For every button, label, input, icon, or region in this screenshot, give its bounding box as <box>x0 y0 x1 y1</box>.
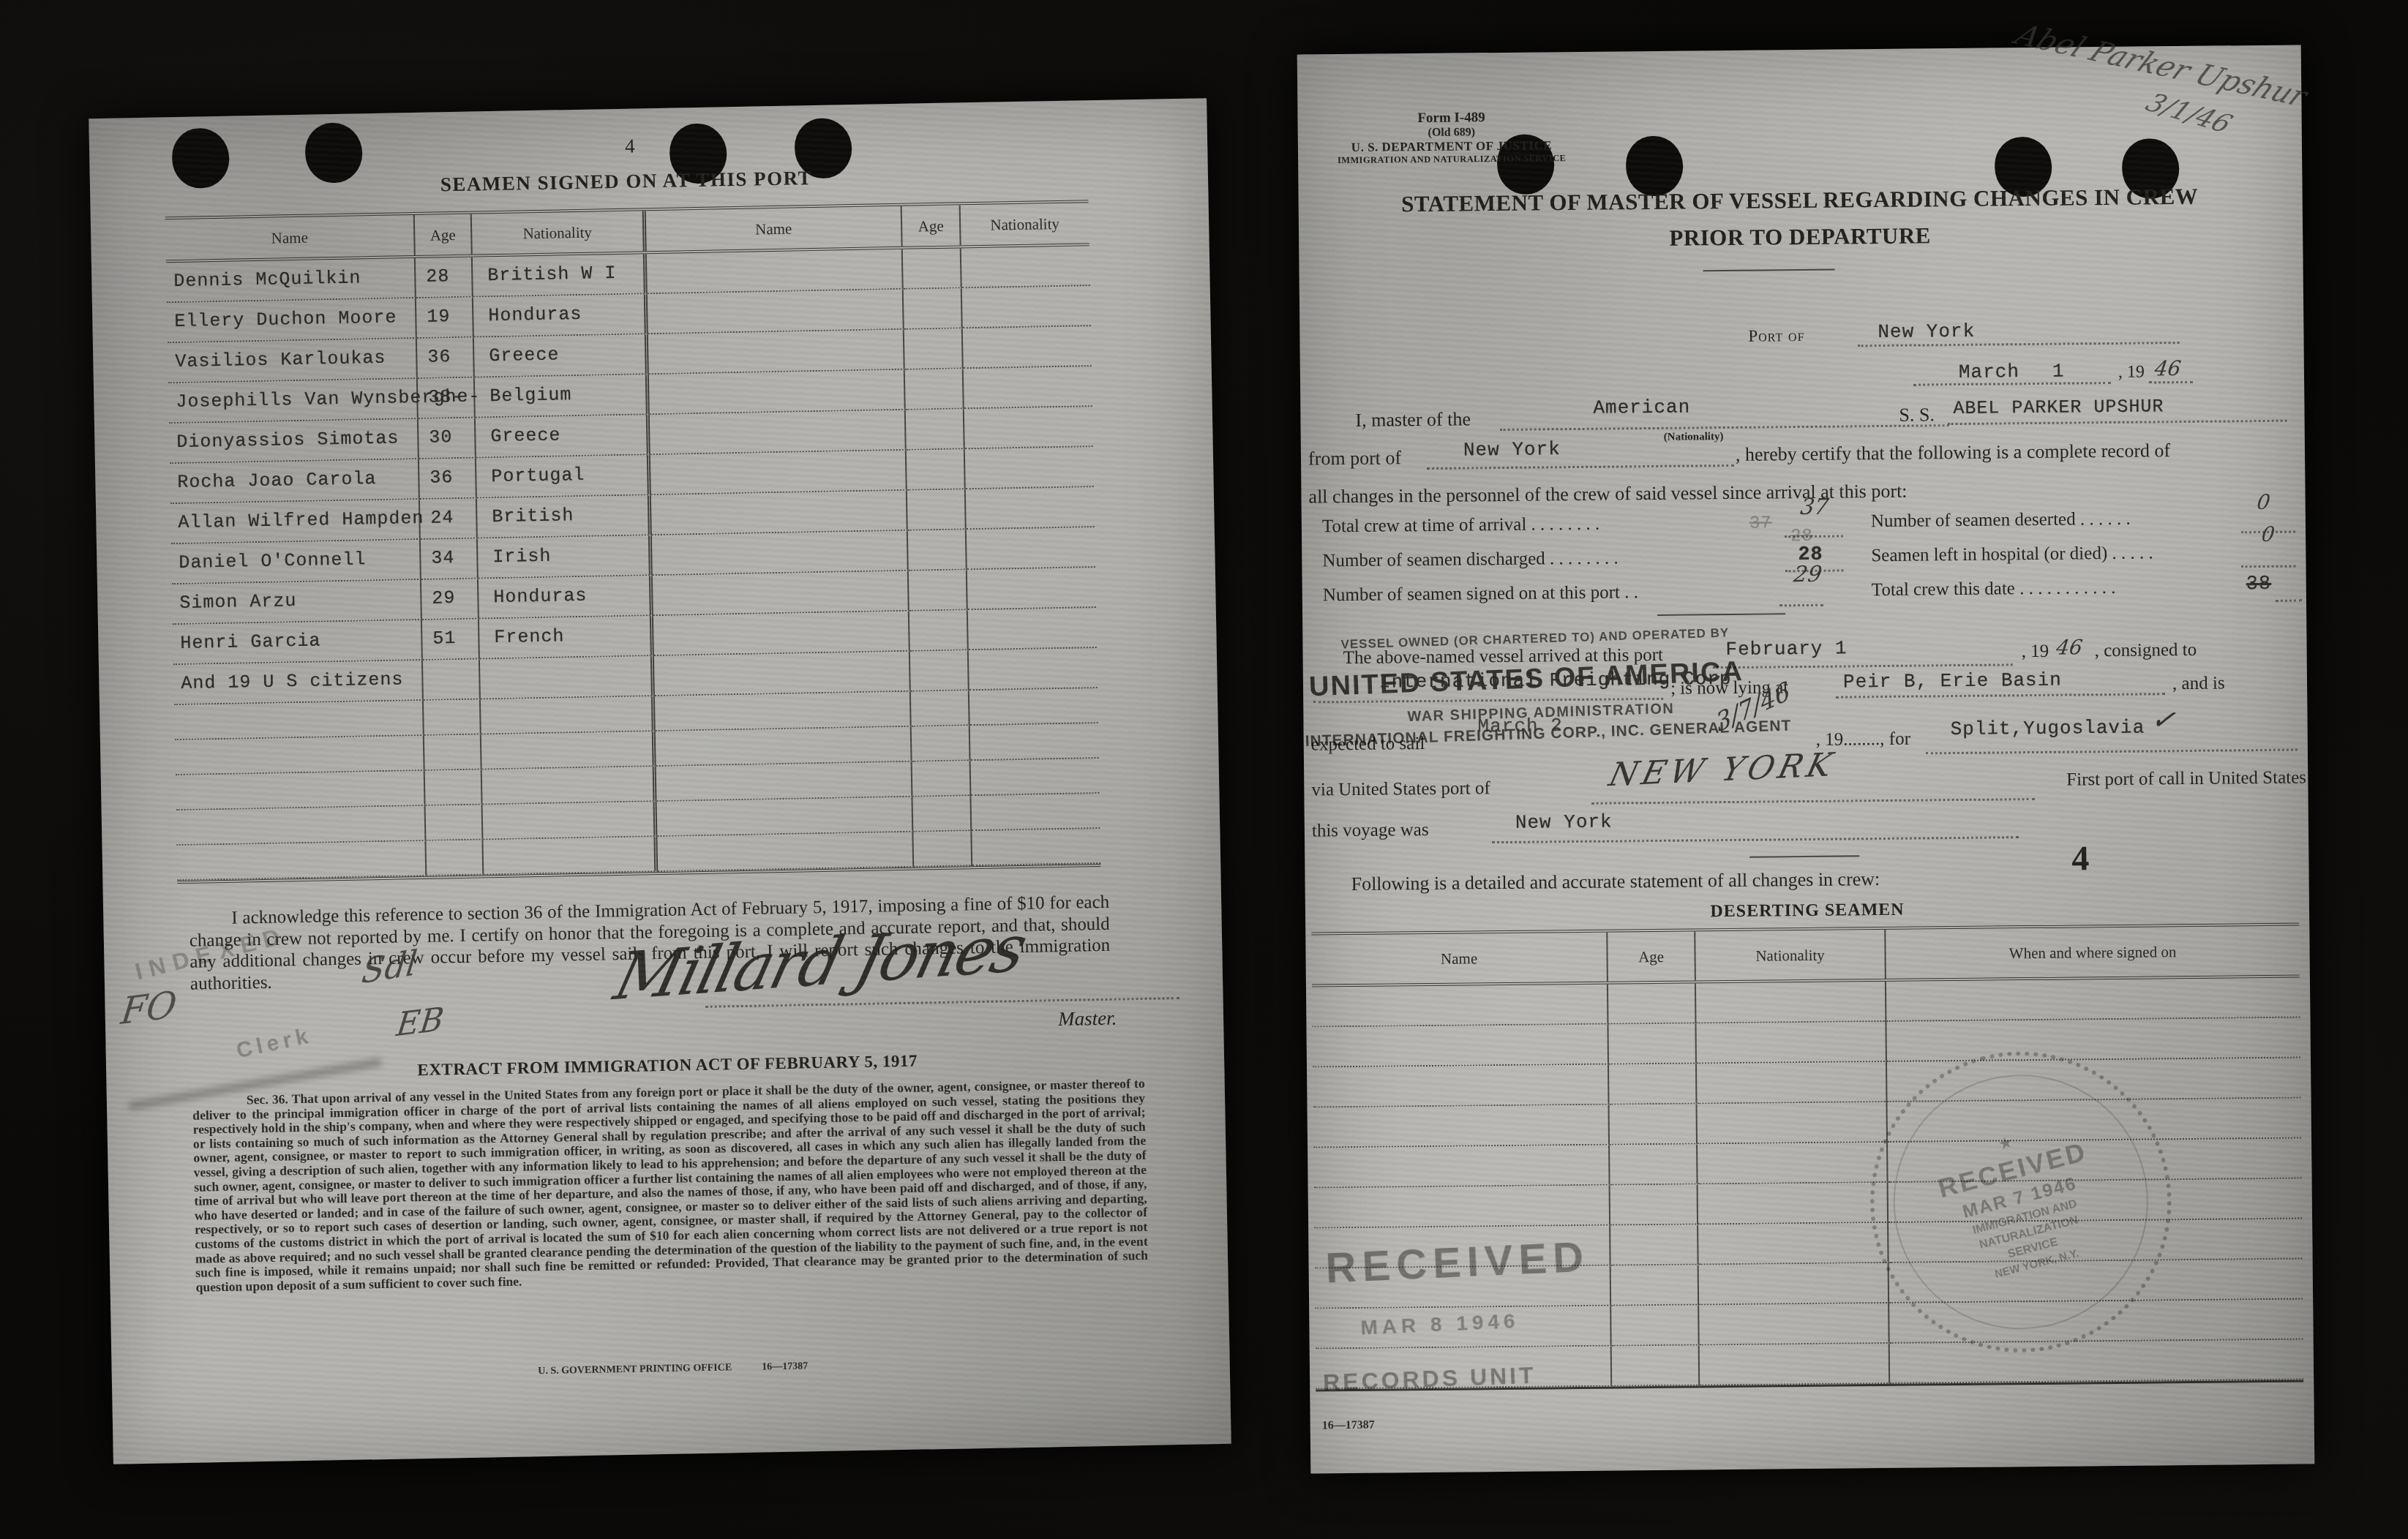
table-cell <box>1886 978 2300 1022</box>
table-cell <box>962 286 1091 328</box>
stat-hospital-label: Seamen left in hospital (or died) . . . … <box>1871 543 2153 566</box>
stat-total-label: Total crew this date . . . . . . . . . .… <box>1872 578 2116 601</box>
table-cell: Dionyassios Simotas <box>169 419 419 464</box>
table-cell <box>654 652 911 696</box>
punch-hole <box>1626 136 1684 197</box>
table-cell <box>655 692 912 731</box>
stat-arrival-label: Total crew at time of arrival . . . . . … <box>1322 514 1600 538</box>
stat-deserted-label: Number of seamen deserted . . . . . . <box>1871 509 2131 532</box>
clerk-stamp: Clerk <box>234 1023 315 1064</box>
stat-signed-value: 29 <box>1792 562 1823 587</box>
table-cell: Belgium <box>475 375 650 418</box>
table-cell <box>1611 1265 1700 1306</box>
master-prefix: I, master of the <box>1355 408 1471 432</box>
table-cell <box>907 449 966 490</box>
table-cell <box>1698 1143 1888 1184</box>
via-label: via United States port of <box>1311 778 1490 800</box>
arrived-line <box>1713 663 2013 669</box>
table-cell <box>481 731 656 769</box>
from-port-value: New York <box>1463 438 1561 461</box>
stat-deserted-value: 0 <box>2255 490 2271 514</box>
table-cell <box>964 366 1092 409</box>
table-cell <box>176 771 426 810</box>
table-cell <box>426 805 484 840</box>
table-cell <box>968 608 1097 650</box>
table-cell <box>961 246 1090 288</box>
table-cell: Allan Wilfred Hampden <box>170 500 421 544</box>
table-cell: British W I <box>473 254 648 297</box>
table-cell: Honduras <box>473 294 648 337</box>
ss-label: S. S. <box>1899 404 1935 426</box>
destination-check: ✓ <box>2149 701 2178 738</box>
form-title-line2: PRIOR TO DEPARTURE <box>1321 219 2279 255</box>
via-value: NEW YORK <box>1605 746 1840 794</box>
table-cell <box>971 759 1100 796</box>
table-cell <box>967 568 1096 610</box>
table-cell <box>913 831 972 867</box>
table-cell <box>1698 1102 1888 1144</box>
column-header: Age <box>1608 931 1696 981</box>
table-cell <box>174 701 424 740</box>
deserting-seamen-title: DESERTING SEAMEN <box>1305 896 2309 925</box>
stat-discharged-label: Number of seamen discharged . . . . . . … <box>1322 548 1619 571</box>
table-cell <box>910 650 969 691</box>
table-cell: 36 <box>417 338 475 379</box>
table-cell <box>1610 1104 1698 1145</box>
printer-footer: U. S. GOVERNMENT PRINTING OFFICE 16—1738… <box>198 1355 1149 1384</box>
table-cell <box>1696 982 1887 1023</box>
table-cell <box>911 691 970 726</box>
table-cell <box>1890 1340 2304 1384</box>
table-cell <box>1696 1022 1887 1064</box>
table-cell <box>965 447 1094 489</box>
table-cell: Irish <box>478 535 653 579</box>
table-cell <box>972 829 1100 866</box>
table-cell <box>650 410 907 455</box>
table-cell <box>423 659 481 700</box>
arrived-date-value: February 1 <box>1725 637 1847 661</box>
destination-line <box>1926 749 2298 755</box>
table-cell <box>483 837 658 875</box>
left-table-rows: Dennis McQuilkin28British W IEllery Duch… <box>166 246 1100 884</box>
column-header: Nationality <box>961 203 1089 245</box>
stat-line <box>2241 565 2295 568</box>
table-cell: Josephills Van Wynsberghe- <box>168 379 419 424</box>
table-cell <box>652 531 909 576</box>
column-header: When and where signed on <box>1886 926 2300 979</box>
table-cell: 36 <box>419 459 477 500</box>
column-header: Name <box>646 206 903 251</box>
nationality-value: American <box>1593 396 1690 418</box>
following-text: Following is a detailed and accurate sta… <box>1351 868 1880 895</box>
stat-signed-label: Number of seamen signed on at this port … <box>1323 582 1638 606</box>
column-header: Age <box>902 205 961 246</box>
table-cell: 30 <box>419 418 476 459</box>
nationality-line <box>1500 424 1949 431</box>
table-cell <box>969 648 1098 691</box>
certify-text: , hereby certify that the following is a… <box>1736 440 2170 466</box>
table-cell <box>651 491 908 535</box>
table-cell: 51 <box>422 619 480 660</box>
table-cell: Rocha Joao Carola <box>170 459 420 504</box>
table-cell: Daniel O'Connell <box>171 540 421 584</box>
table-cell: Greece <box>476 415 650 458</box>
table-cell <box>905 369 964 410</box>
table-cell <box>1699 1303 1890 1345</box>
column-header: Name <box>1311 933 1608 985</box>
table-cell <box>1698 1223 1889 1265</box>
lying-value: Peir B, Erie Basin <box>1843 669 2062 693</box>
table-cell <box>1312 985 1609 1028</box>
table-cell <box>425 769 483 805</box>
vessel-line <box>1948 420 2287 425</box>
left-page-title: SEAMEN SIGNED ON AT THIS PORT <box>165 162 1088 201</box>
title-rule <box>1703 269 1835 272</box>
table-cell <box>424 734 482 770</box>
handwritten-initials: EB <box>394 1001 446 1045</box>
table-cell: And 19 U S citizens <box>173 661 424 705</box>
table-cell <box>483 802 658 840</box>
from-port-line <box>1427 464 1734 470</box>
section-rule <box>1749 855 1859 857</box>
table-cell: Honduras <box>479 576 653 619</box>
table-cell <box>909 610 969 651</box>
table-cell: Greece <box>474 334 649 377</box>
table-cell <box>966 487 1095 530</box>
table-cell <box>1313 1065 1610 1108</box>
table-cell <box>1886 1018 2300 1062</box>
stat-line <box>2276 599 2302 601</box>
column-header: Nationality <box>472 211 647 254</box>
form-id-block: Form I-489 (Old 689) U. S. DEPARTMENT OF… <box>1319 109 1583 166</box>
table-cell <box>909 570 968 611</box>
table-cell <box>657 832 914 872</box>
table-cell: 24 <box>420 499 478 540</box>
table-cell: 38- <box>418 378 476 419</box>
table-cell <box>912 796 972 832</box>
table-cell: Simon Arzu <box>172 580 422 625</box>
table-cell <box>904 288 963 329</box>
table-cell: Ellery Duchon Moore <box>167 298 417 343</box>
table-cell: Vasilios Karloukas <box>168 339 418 383</box>
consigned-suffix: , consigned to <box>2094 640 2197 661</box>
table-cell <box>963 326 1092 369</box>
table-cell <box>907 489 967 530</box>
lying-line <box>1836 693 2165 698</box>
table-cell <box>912 761 972 797</box>
date-printed-19: , 19 <box>2118 363 2145 383</box>
table-cell <box>176 806 427 846</box>
arrived-19: , 19 <box>2021 641 2049 662</box>
stat-hospital-value: 0 <box>2260 522 2276 546</box>
table-cell <box>903 248 962 289</box>
stat-arrival-ghost: 37 <box>1749 513 1772 533</box>
table-cell <box>653 612 910 656</box>
table-cell: Dennis McQuilkin <box>166 258 416 303</box>
table-cell <box>480 656 655 699</box>
table-cell: French <box>479 616 654 659</box>
table-cell <box>656 727 912 767</box>
column-header: Name <box>165 215 416 260</box>
lying-suffix: , and is <box>2172 673 2225 694</box>
left-document-page: 4 SEAMEN SIGNED ON AT THIS PORT Name Age… <box>89 98 1231 1464</box>
printer-code: 16—17387 <box>762 1361 808 1372</box>
voyage-value: New York <box>1515 811 1613 834</box>
first-port-text: First port of call in United States <box>2066 767 2306 790</box>
date-month-value: March <box>1959 361 2019 383</box>
table-cell <box>648 290 904 334</box>
table-cell <box>650 451 907 495</box>
date-year-value: 46 <box>2153 356 2183 380</box>
table-cell <box>656 762 913 802</box>
stat-arrival-value: 37 <box>1799 494 1830 520</box>
table-cell: Portugal <box>476 455 651 498</box>
table-cell <box>1610 1224 1699 1265</box>
via-line <box>1591 798 2035 805</box>
table-cell: 34 <box>421 539 479 580</box>
form-title-line1: STATEMENT OF MASTER OF VESSEL REGARDING … <box>1321 183 2279 219</box>
table-cell <box>908 530 967 571</box>
column-header: Age <box>415 214 473 255</box>
table-cell <box>1610 1144 1698 1185</box>
port-of-label: Port of <box>1748 326 1804 346</box>
table-cell <box>904 328 964 369</box>
sail-date-typed: March 2 <box>1477 715 1563 737</box>
table-cell <box>1312 1025 1609 1068</box>
table-cell <box>1314 1186 1611 1229</box>
table-cell <box>964 407 1093 449</box>
voyage-label: this voyage was <box>1312 820 1429 842</box>
page-number: 4 <box>625 135 635 157</box>
extract-body: Sec. 36. That upon arrival of any vessel… <box>192 1077 1149 1295</box>
column-header: Nationality <box>1695 930 1886 980</box>
nationality-caption: (Nationality) <box>1664 431 1724 444</box>
table-cell <box>1610 1184 1699 1225</box>
voyage-line <box>1492 836 2019 843</box>
table-cell <box>426 840 484 876</box>
section-rule <box>1657 613 1785 616</box>
table-cell <box>649 370 906 415</box>
stat-line <box>1779 604 1823 607</box>
right-document-page: Form I-489 (Old 689) U. S. DEPARTMENT OF… <box>1297 45 2315 1473</box>
table-cell: British <box>477 495 652 538</box>
vessel-name-value: ABEL PARKER UPSHUR <box>1953 396 2164 419</box>
signature-role: Master. <box>1058 1007 1117 1031</box>
table-cell <box>912 726 971 761</box>
table-cell: 29 <box>421 579 479 620</box>
arrived-year: 46 <box>2055 635 2084 659</box>
table-cell <box>653 571 909 616</box>
table-cell <box>906 409 965 450</box>
table-cell <box>657 797 914 837</box>
from-port-label: from port of <box>1308 447 1401 470</box>
stat-total-value: 38 <box>2246 573 2272 595</box>
table-cell <box>1612 1345 1700 1386</box>
table-cell <box>1698 1183 1889 1224</box>
right-page-number: 4 <box>2071 838 2090 878</box>
table-cell <box>1608 1023 1697 1064</box>
table-cell <box>481 696 656 734</box>
table-cell <box>424 699 481 735</box>
table-cell: 19 <box>416 298 474 339</box>
table-cell <box>175 736 425 775</box>
table-cell <box>969 688 1098 726</box>
table-cell <box>970 723 1099 761</box>
table-cell <box>1313 1145 1610 1189</box>
seamen-signed-on-table: Name Age Nationality Name Age Nationalit… <box>165 200 1101 884</box>
destination-value: Split,Yugoslavia <box>1950 717 2145 741</box>
table-cell <box>1313 1105 1610 1148</box>
table-cell <box>177 841 427 881</box>
table-cell <box>647 249 904 294</box>
table-cell <box>967 527 1095 570</box>
table-cell <box>1697 1062 1888 1104</box>
table-cell <box>1609 1064 1698 1105</box>
printer-office: U. S. GOVERNMENT PRINTING OFFICE <box>538 1362 732 1377</box>
table-cell: 28 <box>416 257 473 298</box>
date-line <box>1913 382 2111 386</box>
table-cell <box>1699 1263 1890 1305</box>
table-cell <box>971 794 1100 831</box>
table-cell: Henri Garcia <box>173 620 423 665</box>
punch-hole <box>304 122 362 183</box>
date-day-value: 1 <box>2052 361 2065 383</box>
form-footer-code: 16—17387 <box>1322 1419 1375 1433</box>
table-cell <box>1700 1344 1891 1385</box>
table-cell <box>1611 1305 1700 1346</box>
table-cell <box>1608 983 1697 1024</box>
year-line <box>2149 381 2193 384</box>
table-cell <box>482 767 657 805</box>
table-cell <box>648 330 905 375</box>
handwritten-initials: FO <box>119 983 179 1034</box>
port-of-value: New York <box>1878 320 1975 343</box>
